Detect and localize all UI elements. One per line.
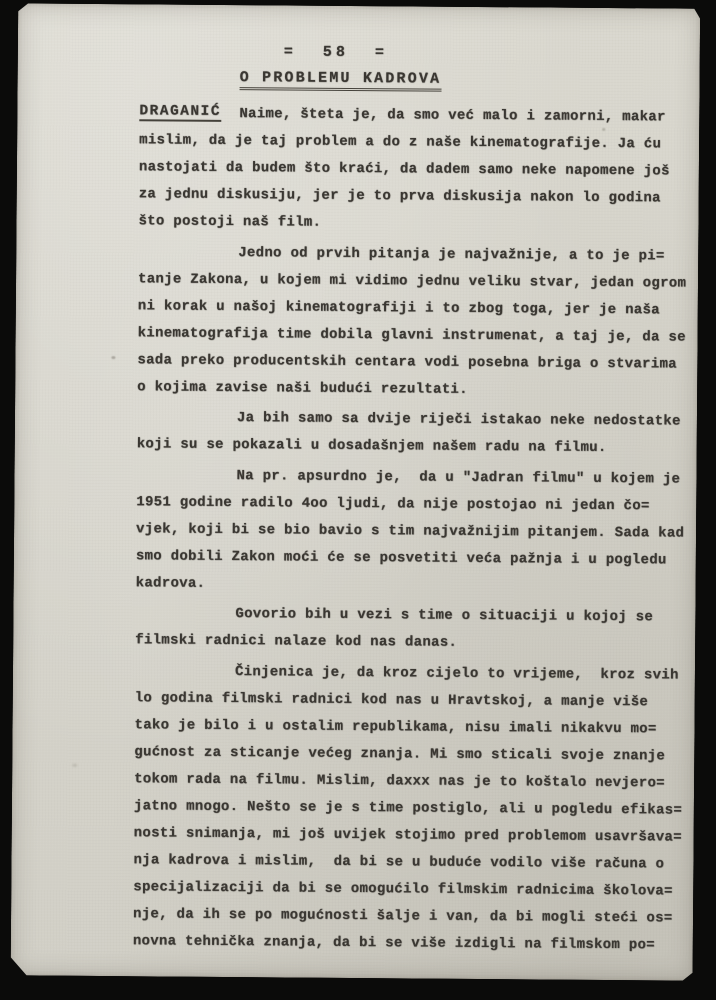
paragraph: Na pr. apsurdno je, da u "Jadran filmu" … [136, 462, 667, 601]
text-line: nosti snimanja, mi još uvijek stojimo pr… [134, 820, 664, 851]
text-line: koji su se pokazali u dosadašnjem našem … [137, 431, 667, 462]
text-line: o kojima zavise naši budući rezultati. [137, 374, 667, 405]
text-line: Ja bih samo sa dvije riječi istakao neke… [137, 404, 667, 435]
text-line: novna tehnička znanja, da bi se više izd… [133, 928, 663, 959]
paragraph: Činjenica je, da kroz cijelo to vrijeme,… [133, 658, 665, 959]
text-line: Jedno od prvih pitanja je najvažnije, a … [138, 239, 668, 270]
text-line: 1951 godine radilo 4oo ljudi, da nije po… [136, 489, 666, 520]
page-title: O PROBLEMU KADROVA [240, 69, 442, 92]
paragraph: Jedno od prvih pitanja je najvažnije, a … [137, 239, 668, 405]
text-line: kinematografija time dobila glavni instr… [138, 320, 668, 351]
paragraph: Ja bih samo sa dvije riječi istakao neke… [137, 404, 667, 462]
text-line: kadrova. [136, 570, 666, 601]
text-line: jatno mnogo. Nešto se je s time postiglo… [134, 793, 664, 824]
document-body: DRAGANIĆ Naime, šteta je, da smo već mal… [133, 100, 670, 962]
text-line: nja kadrova i mislim, da bi se u buduće … [133, 847, 663, 878]
text-line: sada preko producentskih centara vodi po… [137, 347, 667, 378]
text-line: nastojati da budem što kraći, da dadem s… [139, 154, 669, 185]
text-line: za jednu diskusiju, jer je to prva disku… [139, 181, 669, 212]
text-line: Na pr. apsurdno je, da u "Jadran filmu" … [136, 462, 666, 493]
text-line: mislim, da je taj problem a do z naše ki… [139, 127, 669, 158]
text-line: lo godina filmski radnici kod nas u Hrav… [135, 685, 665, 716]
paragraph: Govorio bih u vezi s time o situaciji u … [135, 600, 665, 658]
text-line: Govorio bih u vezi s time o situaciji u … [135, 600, 665, 631]
text-line: nje, da ih se po mogućnosti šalje i van,… [133, 901, 663, 932]
document-page: = 58 = O PROBLEMU KADROVA DRAGANIĆ Naime… [11, 3, 701, 980]
paper-speck [111, 356, 115, 359]
photo-background: = 58 = O PROBLEMU KADROVA DRAGANIĆ Naime… [0, 0, 716, 1000]
text-line: ni korak u našoj kinematografiji i to zb… [138, 293, 668, 324]
text-line: gućnost za sticanje većeg znanja. Mi smo… [134, 739, 664, 770]
text-line: filmski radnici nalaze kod nas danas. [135, 627, 665, 658]
text-line: specijalizaciji da bi se omogućilo films… [133, 874, 663, 905]
text-line: vjek, koji bi se bio bavio s tim najvažn… [136, 516, 666, 547]
text-line: smo dobili Zakon moći će se posvetiti ve… [136, 543, 666, 574]
text-line: što postoji naš film. [138, 208, 668, 239]
text-line: Činjenica je, da kroz cijelo to vrijeme,… [135, 658, 665, 689]
text-line: tanje Zakona, u kojem mi vidimo jednu ve… [138, 266, 668, 297]
text-line: tako je bilo i u ostalim republikama, ni… [134, 712, 664, 743]
paper-speck [72, 764, 77, 767]
speaker-name: DRAGANIĆ [139, 103, 221, 122]
paragraphs-container: Naime, šteta je, da smo već malo i zamor… [133, 100, 670, 959]
text-line: tokom rada na filmu. Mislim, daxxx nas j… [134, 766, 664, 797]
page-number: = 58 = [284, 43, 388, 61]
